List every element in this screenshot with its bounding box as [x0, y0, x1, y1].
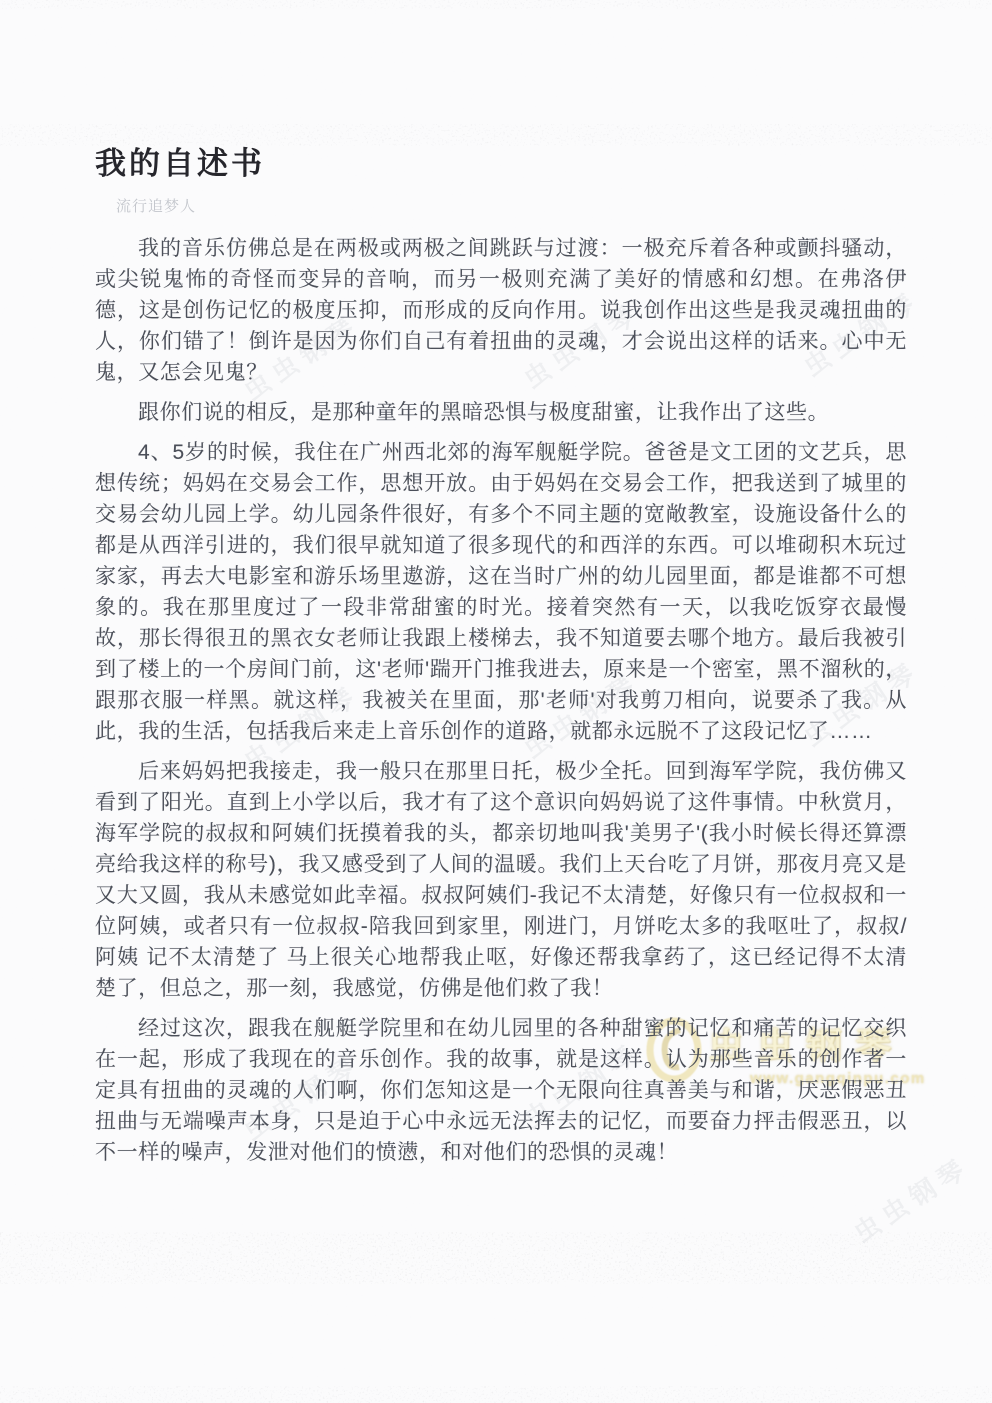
author-name: 流行追梦人 [116, 195, 907, 216]
paragraph: 经过这次，跟我在舰艇学院里和在幼儿园里的各种甜蜜的记忆和痛苦的记忆交织在一起，形… [95, 1013, 907, 1168]
paragraph: 跟你们说的相反，是那种童年的黑暗恐惧与极度甜蜜，让我作出了这些。 [95, 397, 907, 428]
document-title: 我的自述书 [95, 146, 907, 182]
paragraph: 后来妈妈把我接走，我一般只在那里日托，极少全托。回到海军学院，我仿佛又看到了阳光… [95, 756, 907, 1004]
document-content: 我的自述书 流行追梦人 我的音乐仿佛总是在两极或两极之间跳跃与过渡：一极充斥着各… [95, 146, 907, 1177]
document-body: 我的音乐仿佛总是在两极或两极之间跳跃与过渡：一极充斥着各种或颤抖骚动，或尖锐鬼怖… [95, 233, 907, 1168]
paragraph: 我的音乐仿佛总是在两极或两极之间跳跃与过渡：一极充斥着各种或颤抖骚动，或尖锐鬼怖… [95, 233, 907, 388]
paragraph: 4、5岁的时候，我住在广州西北郊的海军舰艇学院。爸爸是文工团的文艺兵，思想传统；… [95, 437, 907, 747]
scanned-document-page: 虫虫钢琴 虫虫钢琴 虫虫钢琴 虫虫钢琴 虫虫钢琴 虫虫钢琴 虫虫钢琴 虫虫钢琴 … [0, 0, 992, 1403]
